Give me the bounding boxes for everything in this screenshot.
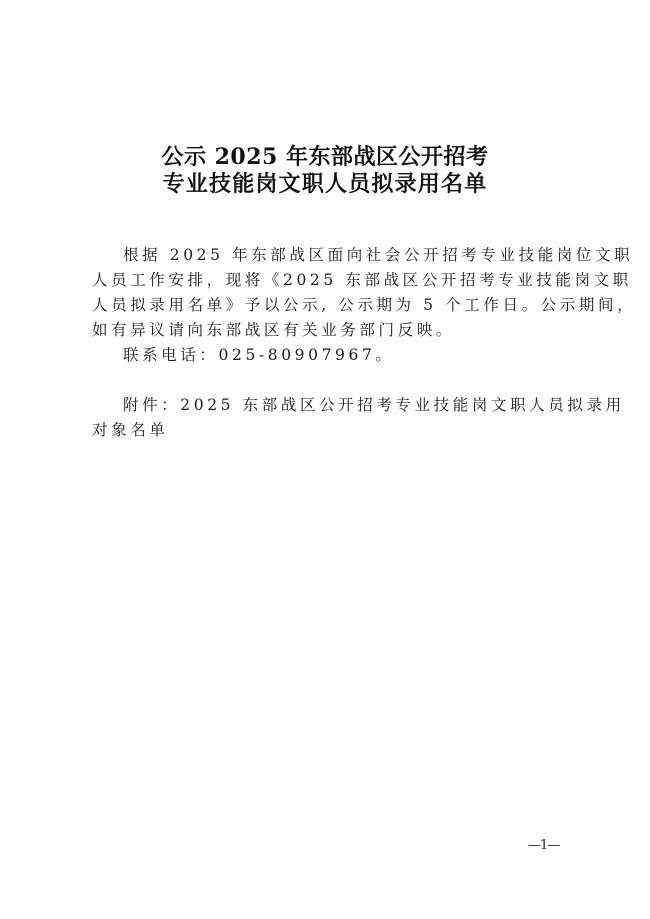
attachment-note: 附件：2025 东部战区公开招考专业技能岗文职人员拟录用 对象名单 <box>92 393 570 443</box>
contact-phone: 025-80907967。 <box>219 346 395 364</box>
paragraph-line: 根据 2025 年东部战区面向社会公开招考专业技能岗位文职 <box>92 243 570 268</box>
page-number: —1— <box>528 838 578 853</box>
document-page: 公示 2025 年东部战区公开招考 专业技能岗文职人员拟录用名单 根据 2025… <box>0 0 650 919</box>
notice-paragraph: 根据 2025 年东部战区面向社会公开招考专业技能岗位文职 人员工作安排，现将《… <box>92 243 570 343</box>
paragraph-line: 人员拟录用名单》予以公示, 公示期为 5 个工作日。公示期间， <box>92 293 570 318</box>
contact-line: 联系电话：025-80907967。 <box>92 343 570 368</box>
title-line-2: 专业技能岗文职人员拟录用名单 <box>0 171 650 198</box>
paragraph-line: 如有异议请向东部战区有关业务部门反映。 <box>92 318 570 343</box>
document-body: 根据 2025 年东部战区面向社会公开招考专业技能岗位文职 人员工作安排，现将《… <box>92 243 570 443</box>
title-line-1: 公示 2025 年东部战区公开招考 <box>0 144 650 171</box>
document-title: 公示 2025 年东部战区公开招考 专业技能岗文职人员拟录用名单 <box>0 144 650 198</box>
paragraph-line: 人员工作安排，现将《2025 东部战区公开招考专业技能岗文职 <box>92 268 570 293</box>
attachment-line: 附件：2025 东部战区公开招考专业技能岗文职人员拟录用 <box>92 393 570 418</box>
paragraph-spacer <box>92 368 570 393</box>
attachment-line: 对象名单 <box>92 418 570 443</box>
contact-label: 联系电话： <box>123 346 219 364</box>
